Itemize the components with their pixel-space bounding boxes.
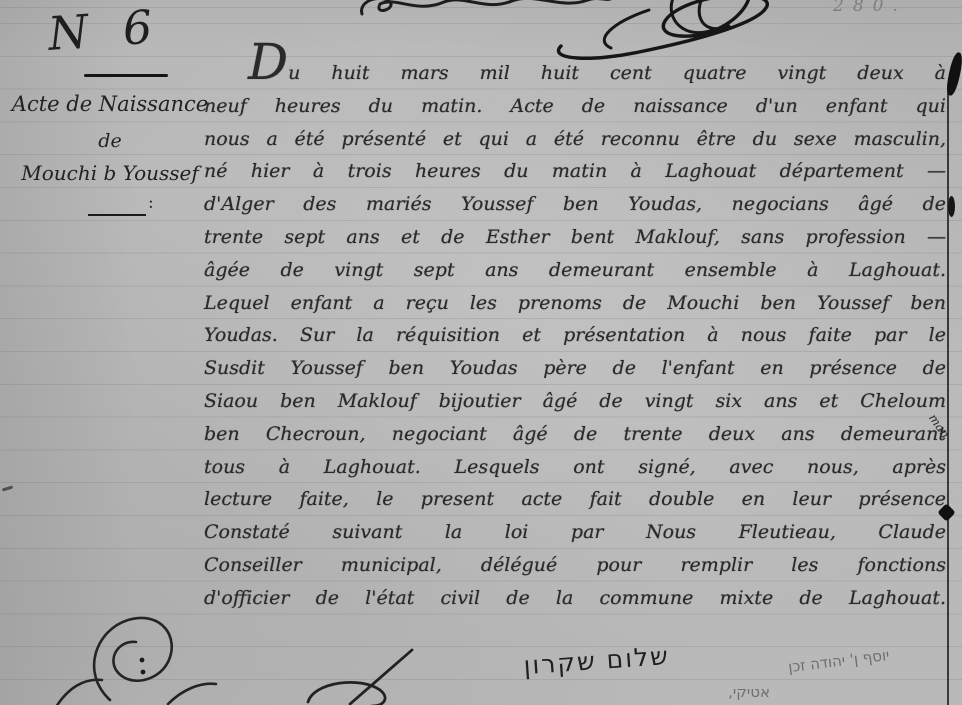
flourish-bottom-left-next-record: [50, 612, 220, 705]
margin-title-de: de: [2, 130, 218, 152]
signature-flourish-top-right: [553, 0, 793, 60]
act-body: Du huit mars mil huit cent quatre vingt …: [204, 57, 946, 615]
record-number-underline: [84, 74, 168, 77]
act-line: ben Checroun, negociant âgé de trente de…: [204, 418, 946, 451]
act-line: neuf heures du matin. Acte de naissance …: [204, 90, 946, 123]
flourish-bottom-center-initial: [280, 648, 450, 705]
act-line: lecture faite, le present acte fait doub…: [204, 483, 946, 516]
margin-name-underline: [88, 214, 146, 216]
act-line: d'officier de l'état civil de la commune…: [204, 582, 946, 615]
act-line: âgée de vingt sept ans demeurant ensembl…: [204, 254, 946, 287]
act-line: Constaté suivant la loi par Nous Fleutie…: [204, 516, 946, 549]
record-number: N 6: [46, 0, 189, 61]
act-line: Du huit mars mil huit cent quatre vingt …: [204, 57, 946, 90]
register-page-scan: 280. N 6 Acte de Naissance de Mouchi b Y…: [0, 0, 962, 705]
act-line: Susdit Youssef ben Youdas père de l'enfa…: [204, 352, 946, 385]
margin-title-acte: Acte de Naissance: [2, 92, 218, 116]
act-line: nous a été présenté et qui a été reconnu…: [204, 123, 946, 156]
act-line: Youdas. Sur la réquisition et présentati…: [204, 319, 946, 352]
page-number-mark: 280.: [833, 0, 907, 16]
act-line: d'Alger des mariés Youssef ben Youdas, n…: [204, 188, 946, 221]
act-line: trente sept ans et de Esther bent Maklou…: [204, 221, 946, 254]
page-edge-line: [947, 84, 949, 705]
act-line: né hier à trois heures du matin à Laghou…: [204, 155, 946, 188]
act-line: Siaou ben Maklouf bijoutier âgé de vingt…: [204, 385, 946, 418]
ink-blot-edge-mid: [948, 196, 955, 217]
margin-colon-mark: :: [148, 193, 154, 213]
act-line: Conseiller municipal, délégué pour rempl…: [204, 549, 946, 582]
hebrew-signature-father-line2: אטיקי,: [690, 683, 770, 701]
act-line: Lequel enfant a reçu les prenoms de Mouc…: [204, 287, 946, 320]
margin-title-name: Mouchi b Youssef: [2, 161, 218, 185]
act-line: tous à Laghouat. Lesquels ont signé, ave…: [204, 451, 946, 484]
